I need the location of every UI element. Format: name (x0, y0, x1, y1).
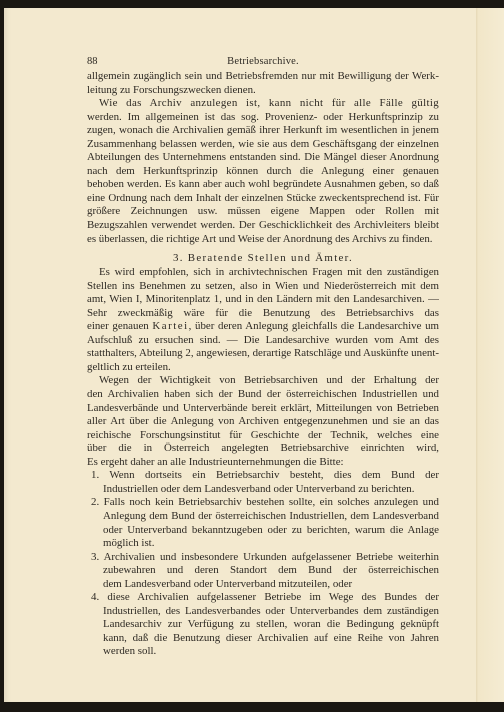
text-line: Es wird empfohlen, sich in archivtechnis… (87, 266, 439, 280)
text-line: nach dem Herkunftsprinzip können durch d… (87, 165, 439, 179)
text-fragment: einer genauen (87, 320, 152, 332)
text-line: Industriellen, des Landesverbandes oder … (87, 605, 439, 619)
text-line: den Archivalien haben sich der Bund der … (87, 388, 439, 402)
text-line: Wegen der Wichtigkeit von Betriebsarchiv… (87, 374, 439, 388)
running-title: Betriebsarchive. (87, 56, 439, 67)
list-item-2: 2. Falls noch kein Betriebsarchiv besteh… (87, 496, 439, 550)
text-line: einer genauen Kartei, über deren Anlegun… (87, 320, 439, 334)
text-line: 3. Archivalien und insbesondere Urkunden… (87, 551, 439, 565)
text-line: Bezugszahlen verwendet werden. Der Gesch… (87, 219, 439, 233)
text-line: Wie das Archiv anzulegen ist, kann nicht… (87, 97, 439, 111)
text-line: Abteilungen des Unternehmens entstanden … (87, 151, 439, 165)
text-line: behoben werden. Es kann aber auch wohl b… (87, 178, 439, 192)
text-line: möglich ist. (87, 537, 439, 551)
text-line: Sehr zweckmäßig wäre für die Benutzung d… (87, 307, 439, 321)
text-line: Es ergeht daher an alle Industrieunterne… (87, 456, 439, 470)
text-line: dem Landesverband oder Unterverband mitz… (87, 578, 439, 592)
text-line: kann, daß die Benutzung dieser Archivali… (87, 632, 439, 646)
text-line: Landesverbände und Unterverbände bereit … (87, 402, 439, 416)
text-line: zugen, wonach die Archivalien gemäß ihre… (87, 124, 439, 138)
text-line: über die in Österreich angelegten Betrie… (87, 442, 439, 456)
text-line: Aufschluß zu ersuchen sind. — Die Landes… (87, 334, 439, 348)
list-item-3: 3. Archivalien und insbesondere Urkunden… (87, 551, 439, 592)
text-line: statthalters, Abteilung 2, angewiesen, d… (87, 347, 439, 361)
text-line: 2. Falls noch kein Betriebsarchiv besteh… (87, 496, 439, 510)
text-line: 1. Wenn dortseits ein Betriebsarchiv bes… (87, 469, 439, 483)
text-line: leitung zu Forschungszwecken dienen. (87, 84, 439, 98)
emphasized-term: Kartei (152, 320, 188, 332)
text-line: zubewahren und deren Standort dem Bund d… (87, 564, 439, 578)
text-line: es überlassen, die richtige Art und Weis… (87, 233, 439, 247)
text-line: Industriellen oder dem Landesverband ode… (87, 483, 439, 497)
text-line: Stellen ins Benehmen zu setzen, also in … (87, 280, 439, 294)
text-line: 4. diese Archivalien aufgelassener Betri… (87, 591, 439, 605)
text-fragment: , über deren Anlegung gleichfalls die La… (189, 320, 439, 332)
text-line: aller Art über die Anlegung von Archiven… (87, 415, 439, 429)
text-line: werden soll. (87, 645, 439, 659)
list-item-1: 1. Wenn dortseits ein Betriebsarchiv bes… (87, 469, 439, 496)
text-line: amt, Wien I, Minoritenplatz 1, und in de… (87, 293, 439, 307)
section-heading: 3. Beratende Stellen und Ämter. (87, 252, 439, 266)
text-line: reichische Forschungsinstitut für Geschi… (87, 429, 439, 443)
text-line: eine Ordnung nach dem Inhalt der einzeln… (87, 192, 439, 206)
text-line: größere Zeichnungen usw. müssen eigene M… (87, 205, 439, 219)
page-edge (478, 8, 504, 702)
text-line: Zusammenhang belassen werden, wie sie au… (87, 138, 439, 152)
page-body: allgemein zugänglich sein und Betriebsfr… (87, 70, 439, 659)
page-header: 88 Betriebsarchive. (87, 56, 439, 70)
text-line: Landesarchiv zur Verfügung zu stellen, w… (87, 618, 439, 632)
text-line: Anlegung dem Bund der österreichischen I… (87, 510, 439, 524)
text-line: allgemein zugänglich sein und Betriebsfr… (87, 70, 439, 84)
text-line: geltlich zu erteilen. (87, 361, 439, 375)
text-line: werden. Im allgemeinen ist das sog. Prov… (87, 111, 439, 125)
text-line: oder Unterverband bekanntzugeben oder zu… (87, 524, 439, 538)
list-item-4: 4. diese Archivalien aufgelassener Betri… (87, 591, 439, 659)
